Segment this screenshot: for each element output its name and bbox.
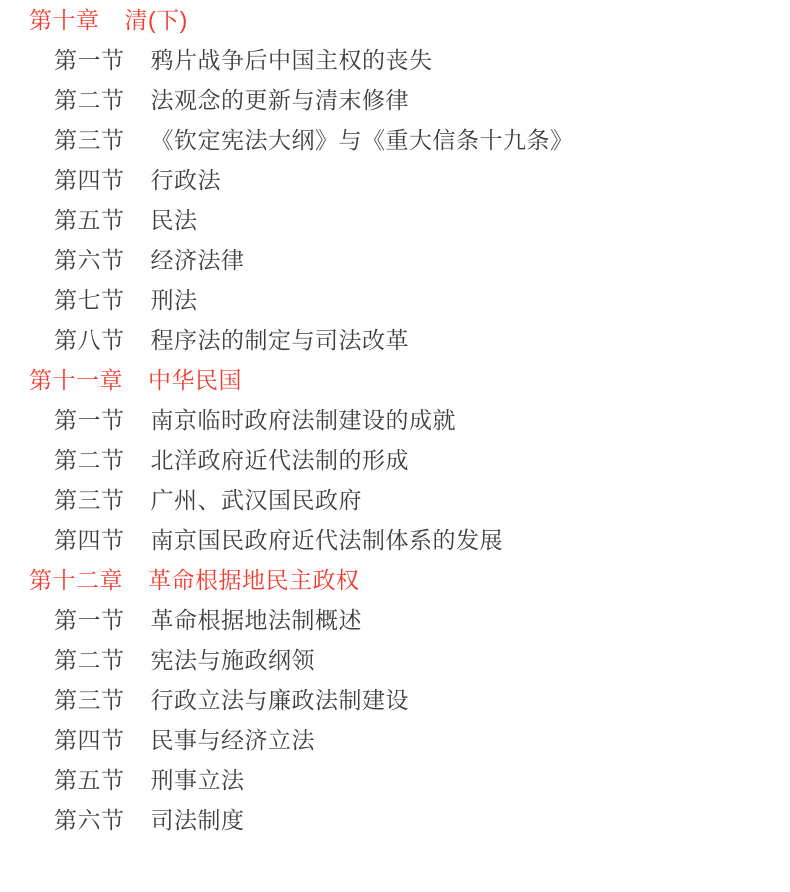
section-title: 程序法的制定与司法改革 xyxy=(151,327,410,353)
section-entry: 第二节法观念的更新与清末修律 xyxy=(0,80,790,120)
section-entry: 第一节鸦片战争后中国主权的丧失 xyxy=(0,40,790,80)
section-number: 第七节 xyxy=(54,280,125,320)
section-number: 第八节 xyxy=(54,320,125,360)
section-number: 第二节 xyxy=(54,80,125,120)
section-entry: 第五节刑事立法 xyxy=(0,760,790,800)
section-title: 鸦片战争后中国主权的丧失 xyxy=(151,47,433,73)
section-number: 第三节 xyxy=(54,480,125,520)
section-entry: 第三节《钦定宪法大纲》与《重大信条十九条》 xyxy=(0,120,790,160)
section-title: 民事与经济立法 xyxy=(151,727,316,753)
chapter-number: 第十一章 xyxy=(29,360,123,400)
section-number: 第五节 xyxy=(54,200,125,240)
section-number: 第一节 xyxy=(54,600,125,640)
section-number: 第一节 xyxy=(54,40,125,80)
section-number: 第三节 xyxy=(54,120,125,160)
section-title: 经济法律 xyxy=(151,247,245,273)
section-title: 法观念的更新与清末修律 xyxy=(151,87,410,113)
section-entry: 第四节南京国民政府近代法制体系的发展 xyxy=(0,520,790,560)
section-entry: 第一节革命根据地法制概述 xyxy=(0,600,790,640)
section-number: 第三节 xyxy=(54,680,125,720)
section-entry: 第二节北洋政府近代法制的形成 xyxy=(0,440,790,480)
section-title: 刑法 xyxy=(151,287,198,313)
table-of-contents: 第十章清(下) 第一节鸦片战争后中国主权的丧失 第二节法观念的更新与清末修律 第… xyxy=(0,0,790,840)
section-number: 第四节 xyxy=(54,160,125,200)
section-entry: 第六节司法制度 xyxy=(0,800,790,840)
section-title: 司法制度 xyxy=(151,807,245,833)
section-entry: 第五节民法 xyxy=(0,200,790,240)
section-number: 第六节 xyxy=(54,800,125,840)
section-title: 宪法与施政纲领 xyxy=(151,647,316,673)
section-number: 第四节 xyxy=(54,520,125,560)
chapter-number: 第十二章 xyxy=(29,560,123,600)
section-entry: 第六节经济法律 xyxy=(0,240,790,280)
toc-page: 第十章清(下) 第一节鸦片战争后中国主权的丧失 第二节法观念的更新与清末修律 第… xyxy=(0,0,790,892)
chapter-number: 第十章 xyxy=(29,0,100,40)
chapter-title: 中华民国 xyxy=(148,367,242,393)
section-entry: 第一节南京临时政府法制建设的成就 xyxy=(0,400,790,440)
section-title: 行政立法与廉政法制建设 xyxy=(151,687,410,713)
section-title: 北洋政府近代法制的形成 xyxy=(151,447,410,473)
section-number: 第六节 xyxy=(54,240,125,280)
chapter-heading: 第十章清(下) xyxy=(0,0,790,40)
chapter-title: 革命根据地民主政权 xyxy=(148,567,360,593)
chapter-title: 清(下) xyxy=(125,7,188,33)
section-number: 第五节 xyxy=(54,760,125,800)
section-entry: 第二节宪法与施政纲领 xyxy=(0,640,790,680)
section-number: 第二节 xyxy=(54,440,125,480)
section-entry: 第三节行政立法与廉政法制建设 xyxy=(0,680,790,720)
section-entry: 第三节广州、武汉国民政府 xyxy=(0,480,790,520)
section-title: 广州、武汉国民政府 xyxy=(151,487,363,513)
section-title: 革命根据地法制概述 xyxy=(151,607,363,633)
section-title: 行政法 xyxy=(151,167,222,193)
section-title: 南京临时政府法制建设的成就 xyxy=(151,407,457,433)
chapter-heading: 第十二章革命根据地民主政权 xyxy=(0,560,790,600)
section-number: 第二节 xyxy=(54,640,125,680)
section-title: 刑事立法 xyxy=(151,767,245,793)
section-number: 第一节 xyxy=(54,400,125,440)
section-entry: 第四节民事与经济立法 xyxy=(0,720,790,760)
section-entry: 第七节刑法 xyxy=(0,280,790,320)
section-entry: 第四节行政法 xyxy=(0,160,790,200)
section-entry: 第八节程序法的制定与司法改革 xyxy=(0,320,790,360)
section-title: 南京国民政府近代法制体系的发展 xyxy=(151,527,504,553)
section-title: 民法 xyxy=(151,207,198,233)
section-title: 《钦定宪法大纲》与《重大信条十九条》 xyxy=(151,127,574,153)
chapter-heading: 第十一章中华民国 xyxy=(0,360,790,400)
section-number: 第四节 xyxy=(54,720,125,760)
